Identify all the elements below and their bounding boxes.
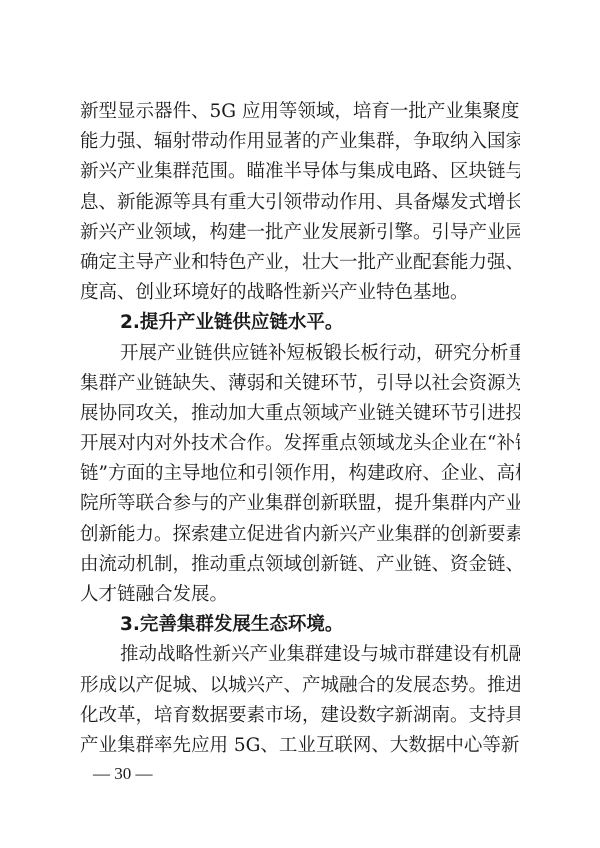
text-line: 开展产业链供应链补短板锻长板行动，研究分析重点产业 [80,339,520,369]
section-heading: 2.提升产业链供应链水平。 [80,308,520,338]
text-line: 形成以产促城、以城兴产、产城融合的发展态势。推进全省数字 [80,671,520,701]
text-line: 新型显示器件、5G 应用等领域，培育一批产业集聚度高、创新 [80,97,520,127]
text-line: 确定主导产业和特色产业，壮大一批产业配套能力强、集聚程 [80,248,520,278]
text-line: 开展对内对外技术合作。发挥重点领域龙头企业在“补链延链强 [80,429,520,459]
text-line: 集群产业链缺失、薄弱和关键环节，引导以社会资源为主体开 [80,369,520,399]
text-line: 新兴产业集群范围。瞄准半导体与集成电路、区块链与量子信 [80,157,520,187]
page-number: — 30 — [93,764,153,784]
text-line: 院所等联合参与的产业集群创新联盟，提升集群内产业链协同 [80,489,520,519]
text-line: 化改革，培育数据要素市场，建设数字新湖南。支持具备条件的 [80,701,520,731]
text-line: 创新能力。探索建立促进省内新兴产业集群的创新要素高效自 [80,520,520,550]
text-line: 新兴产业领域，构建一批产业发展新引擎。引导产业园区科学 [80,218,520,248]
text-line: 度高、创业环境好的战略性新兴产业特色基地。 [80,278,520,308]
text-line: 能力强、辐射带动作用显著的产业集群，争取纳入国家战略性 [80,127,520,157]
text-line: 产业集群率先应用 5G、工业互联网、大数据中心等新型基础设 [80,731,520,761]
text-line: 链”方面的主导地位和引领作用，构建政府、企业、高校及科研 [80,459,520,489]
text-line: 息、新能源等具有重大引领带动作用、具备爆发式增长潜力的 [80,188,520,218]
body-text: 新型显示器件、5G 应用等领域，培育一批产业集聚度高、创新能力强、辐射带动作用显… [80,97,520,761]
text-line: 推动战略性新兴产业集群建设与城市群建设有机融合，加快 [80,640,520,670]
text-line: 人才链融合发展。 [80,580,520,610]
section-heading: 3.完善集群发展生态环境。 [80,610,520,640]
document-page: 新型显示器件、5G 应用等领域，培育一批产业集聚度高、创新能力强、辐射带动作用显… [0,0,600,848]
text-line: 由流动机制，推动重点领域创新链、产业链、资金链、政策链、 [80,550,520,580]
text-line: 展协同攻关，推动加大重点领域产业链关键环节引进投入力度， [80,399,520,429]
